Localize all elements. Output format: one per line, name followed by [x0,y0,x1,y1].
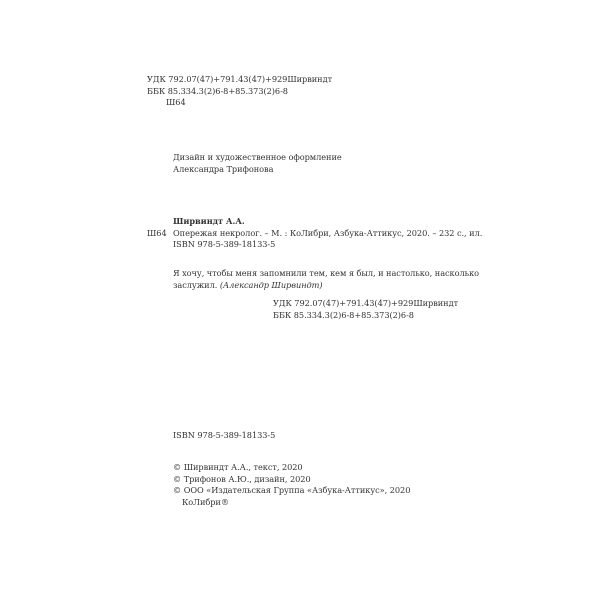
classification-codes-right: УДК 792.07(47)+791.43(47)+929Ширвиндт ББ… [273,298,458,321]
bibliographic-record: Ширвиндт А.А. Ш64 Опережая некролог. – М… [147,216,482,251]
copyright-line: © ООО «Издательская Группа «Азбука-Аттик… [173,485,410,497]
annotation: Я хочу, чтобы меня запомнили тем, кем я … [173,268,479,291]
bbk-code: ББК 85.334.3(2)6-8+85.373(2)6-8 [273,310,458,322]
design-credit-label: Дизайн и художественное оформление [173,152,342,164]
record-author: Ширвиндт А.А. [173,216,245,228]
design-credit: Дизайн и художественное оформление Алекс… [173,152,342,175]
record-isbn: ISBN 978-5-389-18133-5 [173,239,275,251]
isbn: ISBN 978-5-389-18133-5 [173,430,275,442]
record-author-mark: Ш64 [147,228,173,240]
annotation-line-1: Я хочу, чтобы меня запомнили тем, кем я … [173,268,479,280]
bbk-code: ББК 85.334.3(2)6-8+85.373(2)6-8 [147,86,332,98]
classification-codes-top: УДК 792.07(47)+791.43(47)+929Ширвиндт ББ… [147,74,332,109]
copyright-line: © Ширвиндт А.А., текст, 2020 [173,462,410,474]
designer-name: Александра Трифонова [173,164,342,176]
copyright-block: © Ширвиндт А.А., текст, 2020 © Трифонов … [173,462,410,508]
copyright-line: © Трифонов А.Ю., дизайн, 2020 [173,474,410,486]
udk-code: УДК 792.07(47)+791.43(47)+929Ширвиндт [273,298,458,310]
publisher-imprint: КоЛибри® [173,497,410,509]
udk-code: УДК 792.07(47)+791.43(47)+929Ширвиндт [147,74,332,86]
annotation-line-2: заслужил. [173,280,220,290]
annotation-attribution: (Александр Ширвиндт) [220,280,323,290]
imprint-page: УДК 792.07(47)+791.43(47)+929Ширвиндт ББ… [0,0,600,600]
author-mark: Ш64 [147,97,332,109]
record-description: Опережая некролог. – М. : КоЛибри, Азбук… [173,228,482,240]
